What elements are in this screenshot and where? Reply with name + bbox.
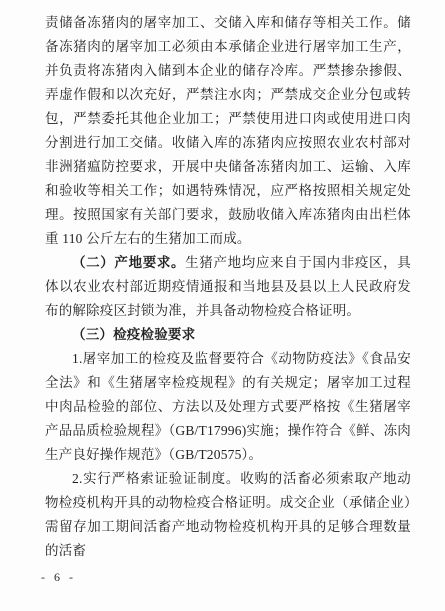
paragraph-heading: （三）检疫检验要求 <box>72 327 195 342</box>
document-page: 责储备冻猪肉的屠宰加工、交储入库和储存等相关工作。储备冻猪肉的屠宰加工必须由本承… <box>0 0 445 611</box>
paragraph-text: 2.实行严格索证验证制度。收购的活畜必须索取产地动物检疫机构开具的动物检疫合格证… <box>45 471 411 558</box>
paragraph-text: 责储备冻猪肉的屠宰加工、交储入库和储存等相关工作。储备冻猪肉的屠宰加工必须由本承… <box>45 15 411 246</box>
page-number: - 6 - <box>41 570 76 585</box>
paragraph: 责储备冻猪肉的屠宰加工、交储入库和储存等相关工作。储备冻猪肉的屠宰加工必须由本承… <box>45 11 411 251</box>
paragraph: 1.屠宰加工的检疫及监督要符合《动物防疫法》《食品安全法》和《生猪屠宰检疫规程》… <box>45 347 411 467</box>
paragraph-text: 1.屠宰加工的检疫及监督要符合《动物防疫法》《食品安全法》和《生猪屠宰检疫规程》… <box>45 351 411 462</box>
paragraph: 2.实行严格索证验证制度。收购的活畜必须索取产地动物检疫机构开具的动物检疫合格证… <box>45 467 411 563</box>
document-body: 责储备冻猪肉的屠宰加工、交储入库和储存等相关工作。储备冻猪肉的屠宰加工必须由本承… <box>45 11 411 563</box>
paragraph: （三）检疫检验要求 <box>45 323 411 347</box>
paragraph: （二）产地要求。生猪产地均应来自于国内非疫区，具体以农业农村部近期疫情通报和当地… <box>45 251 411 323</box>
paragraph-heading: （二）产地要求。 <box>72 255 185 270</box>
